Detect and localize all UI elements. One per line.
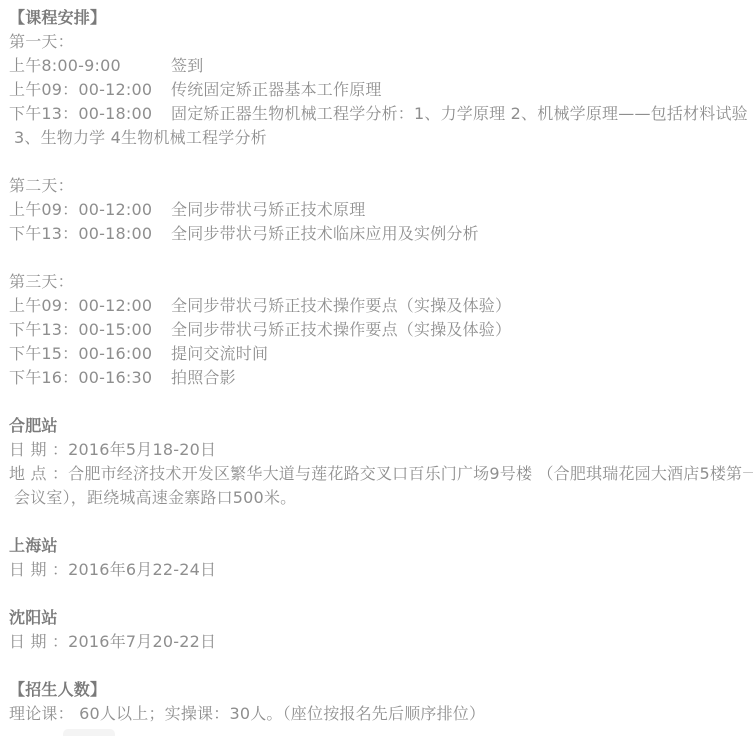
schedule-desc: 全同步带状弓矫正技术操作要点（实操及体验） (171, 294, 745, 318)
schedule-time: 下午13：00-18:00 (9, 222, 171, 246)
schedule-time: 下午16：00-16:30 (9, 366, 171, 390)
text-line: 第三天： (9, 270, 745, 294)
article-body: 【课程安排】第一天：上午8:00-9:00签到上午09：00-12:00传统固定… (9, 6, 745, 726)
schedule-row: 下午13：00-18:00全同步带状弓矫正技术临床应用及实例分析 (9, 222, 745, 246)
schedule-time: 上午09：00-12:00 (9, 198, 171, 222)
text-line: 日 期 ：2016年7月20-22日 (9, 630, 745, 654)
schedule-time: 上午09：00-12:00 (9, 294, 171, 318)
schedule-row: 下午13：00-18:00固定矫正器生物机械工程学分析：1、力学原理 2、机械学… (9, 102, 745, 126)
section-heading: 沈阳站 (9, 606, 745, 630)
schedule-desc: 全同步带状弓矫正技术临床应用及实例分析 (171, 222, 745, 246)
section-heading: 【课程安排】 (9, 6, 745, 30)
section-day1: 【课程安排】第一天：上午8:00-9:00签到上午09：00-12:00传统固定… (9, 6, 745, 150)
section-enrollment: 【招生人数】理论课： 60人以上；实操课：30人。（座位按报名先后顺序排位） (9, 678, 745, 726)
section-heading: 上海站 (9, 534, 745, 558)
section-day3: 第三天：上午09：00-12:00全同步带状弓矫正技术操作要点（实操及体验）下午… (9, 270, 745, 390)
schedule-time: 下午13：00-15:00 (9, 318, 171, 342)
schedule-row: 下午15：00-16:00提问交流时间 (9, 342, 745, 366)
schedule-time: 上午8:00-9:00 (9, 54, 171, 78)
text-line: 第一天： (9, 30, 745, 54)
schedule-desc: 拍照合影 (171, 366, 745, 390)
section-shanghai-station: 上海站日 期 ：2016年6月22-24日 (9, 534, 745, 582)
document-page: 【课程安排】第一天：上午8:00-9:00签到上午09：00-12:00传统固定… (0, 0, 753, 726)
schedule-row: 上午8:00-9:00签到 (9, 54, 745, 78)
section-hefei-station: 合肥站日 期 ：2016年5月18-20日地 点 ：合肥市经济技术开发区繁华大道… (9, 414, 745, 510)
section-heading: 【招生人数】 (9, 678, 745, 702)
schedule-row: 上午09：00-12:00全同步带状弓矫正技术操作要点（实操及体验） (9, 294, 745, 318)
text-line-continuation: 3、生物力学 4生物机械工程学分析 (9, 126, 745, 150)
bottom-cropped-element (63, 729, 115, 736)
text-line-continuation: 会议室），距绕城高速金寨路口500米。 (9, 486, 745, 510)
text-line: 第二天： (9, 174, 745, 198)
schedule-row: 上午09：00-12:00全同步带状弓矫正技术原理 (9, 198, 745, 222)
text-line: 日 期 ：2016年6月22-24日 (9, 558, 745, 582)
schedule-time: 上午09：00-12:00 (9, 78, 171, 102)
section-shenyang-station: 沈阳站日 期 ：2016年7月20-22日 (9, 606, 745, 654)
text-line: 理论课： 60人以上；实操课：30人。（座位按报名先后顺序排位） (9, 702, 745, 726)
text-line: 日 期 ：2016年5月18-20日 (9, 438, 745, 462)
schedule-desc: 提问交流时间 (171, 342, 745, 366)
schedule-desc: 全同步带状弓矫正技术操作要点（实操及体验） (171, 318, 745, 342)
schedule-row: 下午13：00-15:00全同步带状弓矫正技术操作要点（实操及体验） (9, 318, 745, 342)
schedule-time: 下午15：00-16:00 (9, 342, 171, 366)
schedule-time: 下午13：00-18:00 (9, 102, 171, 126)
schedule-desc: 固定矫正器生物机械工程学分析：1、力学原理 2、机械学原理——包括材料试验 (171, 102, 748, 126)
section-day2: 第二天：上午09：00-12:00全同步带状弓矫正技术原理下午13：00-18:… (9, 174, 745, 246)
schedule-desc: 全同步带状弓矫正技术原理 (171, 198, 745, 222)
schedule-desc: 传统固定矫正器基本工作原理 (171, 78, 745, 102)
schedule-row: 上午09：00-12:00传统固定矫正器基本工作原理 (9, 78, 745, 102)
section-heading: 合肥站 (9, 414, 745, 438)
schedule-row: 下午16：00-16:30拍照合影 (9, 366, 745, 390)
text-line: 地 点 ：合肥市经济技术开发区繁华大道与莲花路交叉口百乐门广场9号楼 （合肥琪瑞… (9, 462, 745, 486)
schedule-desc: 签到 (171, 54, 745, 78)
